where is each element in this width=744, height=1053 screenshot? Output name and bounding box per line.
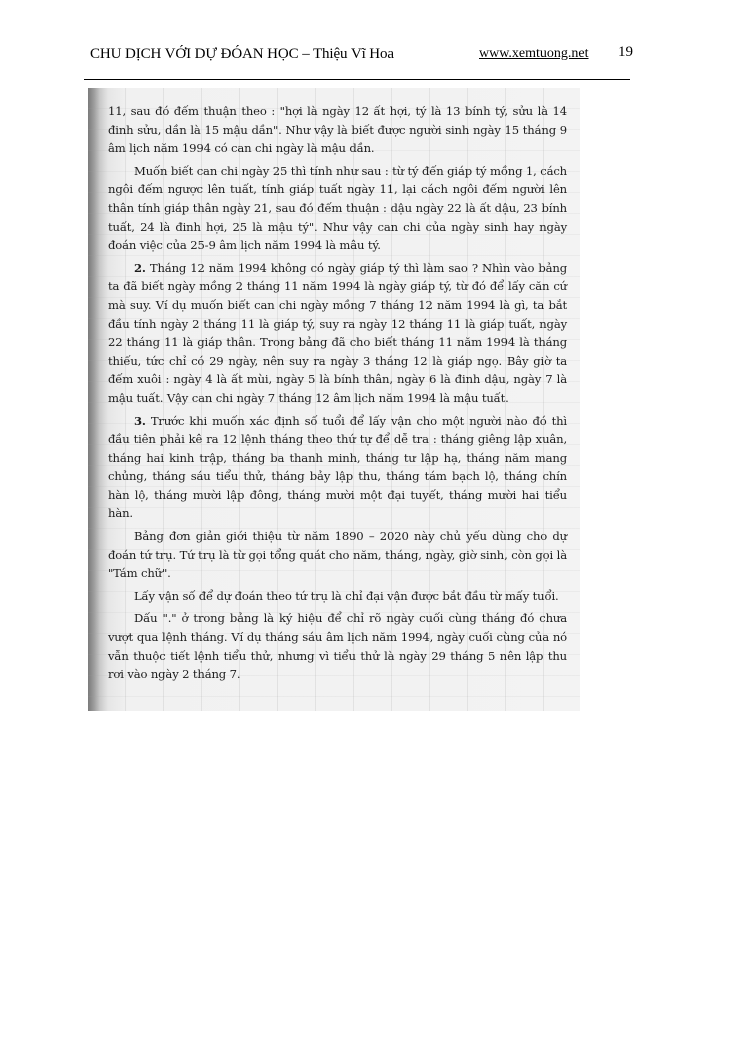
paragraph: 2. Tháng 12 năm 1994 không có ngày giáp … — [108, 259, 567, 408]
scanned-page-image: 11, sau đó đếm thuận theo : "hợi là ngày… — [88, 88, 580, 711]
paragraph-text: Lấy vận số để dự đoán theo tứ trụ là chỉ… — [134, 589, 559, 603]
website-link[interactable]: www.xemtuong.net — [479, 46, 589, 62]
scanned-text-body: 11, sau đó đếm thuận theo : "hợi là ngày… — [108, 102, 567, 688]
header-divider — [84, 79, 630, 80]
page-number: 19 — [618, 44, 633, 61]
paragraph: Dấu "." ở trong bảng là ký hiệu để chỉ r… — [108, 609, 567, 683]
paragraph: 11, sau đó đếm thuận theo : "hợi là ngày… — [108, 102, 567, 158]
paragraph-text: Trước khi muốn xác định số tuổi để lấy v… — [108, 414, 567, 521]
paragraph-text: Bảng đơn giản giới thiệu từ năm 1890 – 2… — [108, 529, 567, 580]
paragraph-lead: 2. — [134, 261, 146, 275]
paragraph-lead: 3. — [134, 414, 146, 428]
paragraph-text: Tháng 12 năm 1994 không có ngày giáp tý … — [108, 261, 567, 405]
paragraph-text: Dấu "." ở trong bảng là ký hiệu để chỉ r… — [108, 611, 567, 681]
paragraph: Muốn biết can chi ngày 25 thì tính như s… — [108, 162, 567, 255]
paragraph-text: 11, sau đó đếm thuận theo : "hợi là ngày… — [108, 104, 567, 155]
paragraph: Bảng đơn giản giới thiệu từ năm 1890 – 2… — [108, 527, 567, 583]
paragraph: Lấy vận số để dự đoán theo tứ trụ là chỉ… — [108, 587, 567, 606]
page-header: CHU DỊCH VỚI DỰ ĐÓAN HỌC – Thiệu Vĩ Hoa … — [90, 46, 630, 68]
paragraph-text: Muốn biết can chi ngày 25 thì tính như s… — [108, 164, 567, 252]
paragraph: 3. Trước khi muốn xác định số tuổi để lấ… — [108, 412, 567, 524]
book-title: CHU DỊCH VỚI DỰ ĐÓAN HỌC – Thiệu Vĩ Hoa — [90, 46, 394, 63]
